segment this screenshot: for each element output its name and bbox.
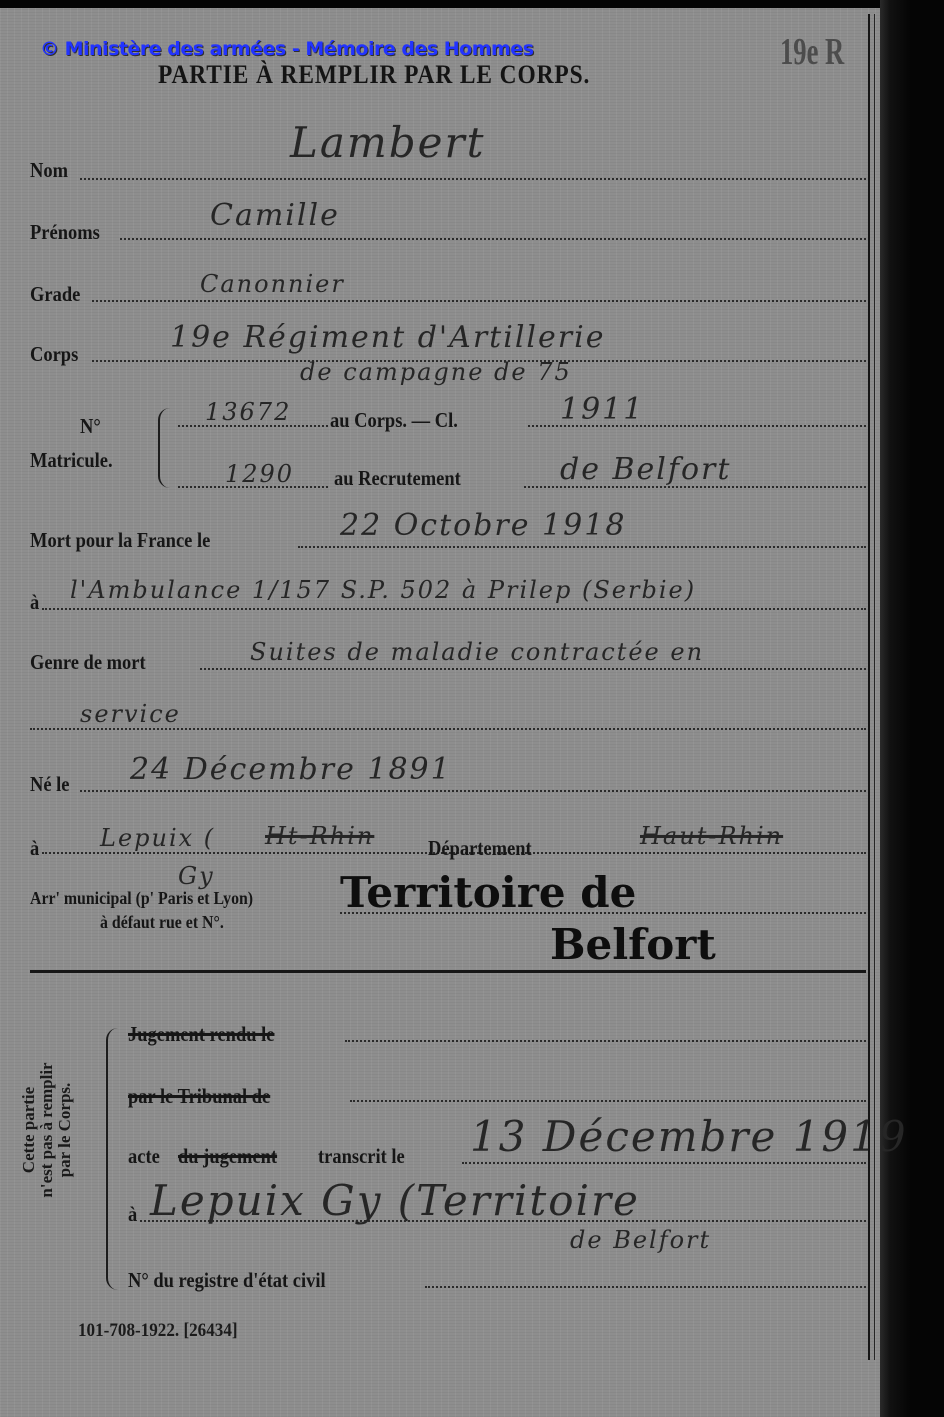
lieu-transcrit-label: à: [128, 1202, 137, 1227]
copyright-watermark: © Ministère des armées - Mémoire des Hom…: [40, 38, 534, 60]
corps-label: Corps: [30, 342, 78, 367]
grade-value: Canonnier: [200, 270, 345, 298]
form-reference: 101-708-1922. [26434]: [78, 1320, 238, 1342]
lieu-naissance-struck: Ht-Rhin: [265, 822, 374, 850]
nom-label: Nom: [30, 158, 68, 183]
mort-value: 22 Octobre 1918: [340, 508, 626, 543]
prenoms-value: Camille: [210, 198, 340, 233]
side-note-line2: n'est pas à remplir: [38, 1020, 56, 1240]
jugement-rendu-label: Jugement rendu le: [128, 1022, 274, 1047]
registre-label: N° du registre d'état civil: [128, 1268, 326, 1293]
lieu-mort-line: [42, 608, 866, 610]
classe-value: 1911: [560, 392, 644, 427]
naissance-line: [80, 790, 866, 792]
genre-mort-value-line2: service: [80, 700, 181, 728]
transcrit-label-prefix: acte: [128, 1144, 160, 1169]
jugement-brace: [106, 1028, 118, 1290]
arrondissement-label-line2: à défaut rue et N°.: [100, 912, 224, 933]
side-note-line1: Cette partie: [20, 1020, 38, 1240]
lieu-transcrit-value: Lepuix Gy (Territoire: [150, 1176, 640, 1225]
prenoms-line: [120, 238, 866, 240]
prenoms-label: Prénoms: [30, 220, 100, 245]
transcrit-label-struck: du jugement: [178, 1144, 277, 1169]
lieu-naissance-value: Lepuix (: [100, 824, 215, 852]
lieu-naissance-label: à: [30, 836, 39, 861]
nom-line: [80, 178, 866, 180]
mort-line: [298, 546, 866, 548]
form-header: PARTIE À REMPLIR PAR LE CORPS.: [158, 60, 590, 90]
arrondissement-value: Territoire de: [340, 868, 636, 917]
arrondissement-annotation: Gy: [178, 862, 215, 890]
corps-value-line2: de campagne de 75: [300, 358, 572, 386]
nom-value: Lambert: [290, 118, 485, 167]
naissance-value: 24 Décembre 1891: [130, 752, 452, 787]
scan-edge: [880, 0, 944, 1417]
departement-label: Département: [428, 836, 532, 861]
recrutement-place: de Belfort: [560, 452, 731, 487]
transcrit-line: [462, 1162, 866, 1164]
corps-value: 19e Régiment d'Artillerie: [170, 320, 605, 355]
genre-mort-line2: [30, 728, 866, 730]
genre-mort-value: Suites de maladie contractée en: [250, 638, 704, 666]
matricule-brace: [158, 408, 170, 488]
matricule-corps-label: au Corps. — Cl.: [330, 408, 458, 433]
mort-label: Mort pour la France le: [30, 528, 210, 553]
arrondissement-label: Arr' municipal (p' Paris et Lyon): [30, 888, 253, 909]
grade-line: [92, 300, 866, 302]
side-note: Cette partie n'est pas à remplir par le …: [20, 1020, 74, 1240]
grade-label: Grade: [30, 282, 80, 307]
genre-mort-label: Genre de mort: [30, 650, 146, 675]
matricule-label-no: N°: [80, 414, 101, 439]
genre-mort-line: [200, 668, 866, 670]
jugement-rendu-line: [345, 1040, 866, 1042]
registre-line: [425, 1286, 866, 1288]
regiment-stamp: 19e R: [780, 30, 844, 74]
matricule-recrutement-value: 1290: [225, 460, 294, 488]
lieu-mort-value: l'Ambulance 1/157 S.P. 502 à Prilep (Ser…: [70, 576, 696, 604]
recrutement-label: au Recrutement: [334, 466, 461, 491]
transcrit-label-suffix: transcrit le: [318, 1144, 405, 1169]
lieu-mort-label: à: [30, 590, 39, 615]
tribunal-line: [350, 1100, 866, 1102]
departement-struck: Haut-Rhin: [640, 822, 783, 850]
side-note-line3: par le Corps.: [56, 1020, 74, 1240]
naissance-label: Né le: [30, 772, 70, 797]
arrondissement-value-line2: Belfort: [550, 920, 716, 969]
section-divider: [30, 970, 866, 973]
matricule-label: Matricule.: [30, 448, 113, 473]
tribunal-label: par le Tribunal de: [128, 1084, 270, 1109]
lieu-transcrit-value-line2: de Belfort: [570, 1226, 711, 1254]
matricule-corps-value: 13672: [205, 398, 291, 426]
transcrit-value: 13 Décembre 1919: [470, 1112, 908, 1161]
